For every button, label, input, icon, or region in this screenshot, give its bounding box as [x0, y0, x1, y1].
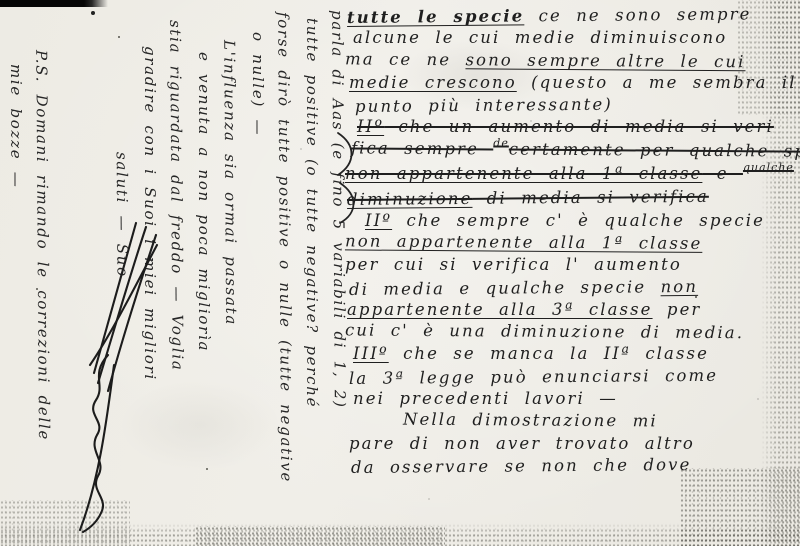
handwriting-segment: per — [653, 300, 702, 319]
text-line: fica sempre decertamente per qualche spe… — [351, 137, 795, 164]
text-line: e venuta a non poca migliorìa — [190, 52, 217, 542]
handwriting-segment: alcune le cui medie diminuiscono — [353, 28, 727, 47]
text-line: Nella dimostrazione mi — [403, 409, 795, 434]
signature-flourish — [60, 215, 170, 535]
text-line: non appartenente alla 1ª classe — [345, 230, 795, 255]
handwriting-segment: di media e qualche specie — [349, 277, 661, 299]
text-line: IIº che un aumento di media si veri — [357, 116, 795, 138]
handwriting-segment: ma ce ne — [345, 49, 466, 69]
handwriting-segment: cui c' è una diminuzione di media. — [345, 321, 744, 343]
handwriting-segment: per cui si verifica l' aumento — [345, 255, 682, 274]
text-line: nei precedenti lavori — — [353, 388, 795, 410]
handwriting-segment: ce ne sono sempre — [524, 4, 751, 25]
handwriting-segment: la 3ª legge può enunciarsi come — [349, 365, 718, 387]
handwriting-segment: o nulle) — — [249, 32, 267, 136]
handwriting-segment: certamente per qualche specie — [509, 139, 800, 160]
text-line: P.S. Domani rimando le correzioni delle — [27, 50, 57, 542]
text-line: da osservare se non che dove — [351, 453, 795, 479]
right-page-text: tutte le specie ce ne sono semprealcune … — [345, 5, 795, 477]
handwriting-segment: qualche — [743, 161, 794, 174]
handwriting-segment: e — [702, 164, 743, 183]
text-line: L'influenza sia ormai passata — [215, 40, 246, 542]
handwriting-segment: fica sempre — [351, 138, 493, 158]
handwriting-segment: de — [493, 136, 509, 149]
handwriting-segment: non appartenente alla 1ª classe — [345, 231, 703, 252]
text-line: la 3ª legge può enunciarsi come — [349, 364, 795, 390]
handwriting-segment: (questo a me sembra il — [517, 73, 797, 92]
text-line: di media e qualche specie non — [349, 275, 795, 301]
handwriting-segment: tutte positive (o tutte negative? perché — [303, 18, 321, 408]
handwriting-segment: tutte le specie — [347, 6, 524, 27]
handwriting-segment: forse dirò tutte positive o nulle (tutte… — [274, 12, 295, 483]
left-page-text: parla di Aas (e fino 5 variabili di 1, 2… — [2, 2, 352, 542]
text-line: diminuzione di media si verifica — [347, 185, 795, 211]
text-line: cui c' è una diminuzione di media. — [345, 320, 795, 345]
text-line: medie crescono (questo a me sembra il — [349, 72, 795, 94]
handwriting-segment: di media si verifica — [472, 187, 709, 208]
handwriting-segment: IIº — [365, 211, 392, 230]
scanned-letter-page: parla di Aas (e fino 5 variabili di 1, 2… — [0, 0, 800, 546]
handwriting-segment: IIIº — [353, 344, 389, 363]
text-line: alcune le cui medie diminuiscono — [353, 27, 795, 49]
handwriting-segment: punto più interessante) — [355, 95, 613, 116]
handwriting-segment: che se manca la IIª classe — [389, 344, 709, 363]
text-line: IIº che sempre c' è qualche specie — [365, 210, 795, 232]
text-line: tutte le specie ce ne sono sempre — [347, 3, 795, 29]
handwriting-segment: che sempre c' è qualche specie — [392, 211, 765, 230]
scan-noise-bottom-right — [680, 468, 800, 546]
text-line: punto più interessante) — [355, 92, 795, 118]
handwriting-segment: nei precedenti lavori — — [353, 389, 618, 408]
handwriting-segment: non — [660, 276, 698, 295]
handwriting-segment: diminuzione — [347, 189, 473, 209]
handwriting-segment: medie crescono — [349, 73, 517, 92]
text-line: mie bozze — — [2, 64, 29, 542]
handwriting-segment: Nella dimostrazione mi — [403, 410, 658, 431]
handwriting-segment: e venuta a non poca migliorìa — [195, 52, 213, 352]
handwriting-segment: mie bozze — — [7, 64, 25, 188]
handwriting-segment: non appartenente alla 1ª classe — [345, 164, 702, 183]
handwriting-segment: da osservare se non che dove — [351, 455, 692, 477]
handwriting-segment: P.S. Domani rimando le correzioni delle — [32, 50, 53, 441]
handwriting-segment — [87, 2, 105, 13]
text-line: tutte positive (o tutte negative? perché — [298, 18, 325, 542]
handwriting-segment: che un aumento di media si veri — [384, 117, 774, 136]
handwriting-segment: pare di non aver trovato altro — [349, 434, 695, 453]
text-line: non appartenente alla 1ª classe e qualch… — [345, 163, 795, 187]
text-line: appartenente alla 3ª classe per — [347, 299, 795, 321]
text-line: per cui si verifica l' aumento — [345, 254, 795, 276]
handwriting-segment: L'influenza sia ormai passata — [220, 40, 240, 326]
handwriting-segment: appartenente alla 3ª classe — [347, 300, 653, 319]
text-line: pare di non aver trovato altro — [349, 433, 795, 455]
text-line: ma ce ne sono sempre altre le cui — [345, 48, 795, 73]
margin-bracket-marks — [332, 130, 362, 225]
text-line: IIIº che se manca la IIª classe — [353, 343, 795, 365]
handwriting-segment: sono sempre altre le cui — [465, 50, 745, 71]
text-line: forse dirò tutte positive o nulle (tutte… — [269, 12, 300, 542]
text-line: o nulle) — — [244, 32, 271, 542]
